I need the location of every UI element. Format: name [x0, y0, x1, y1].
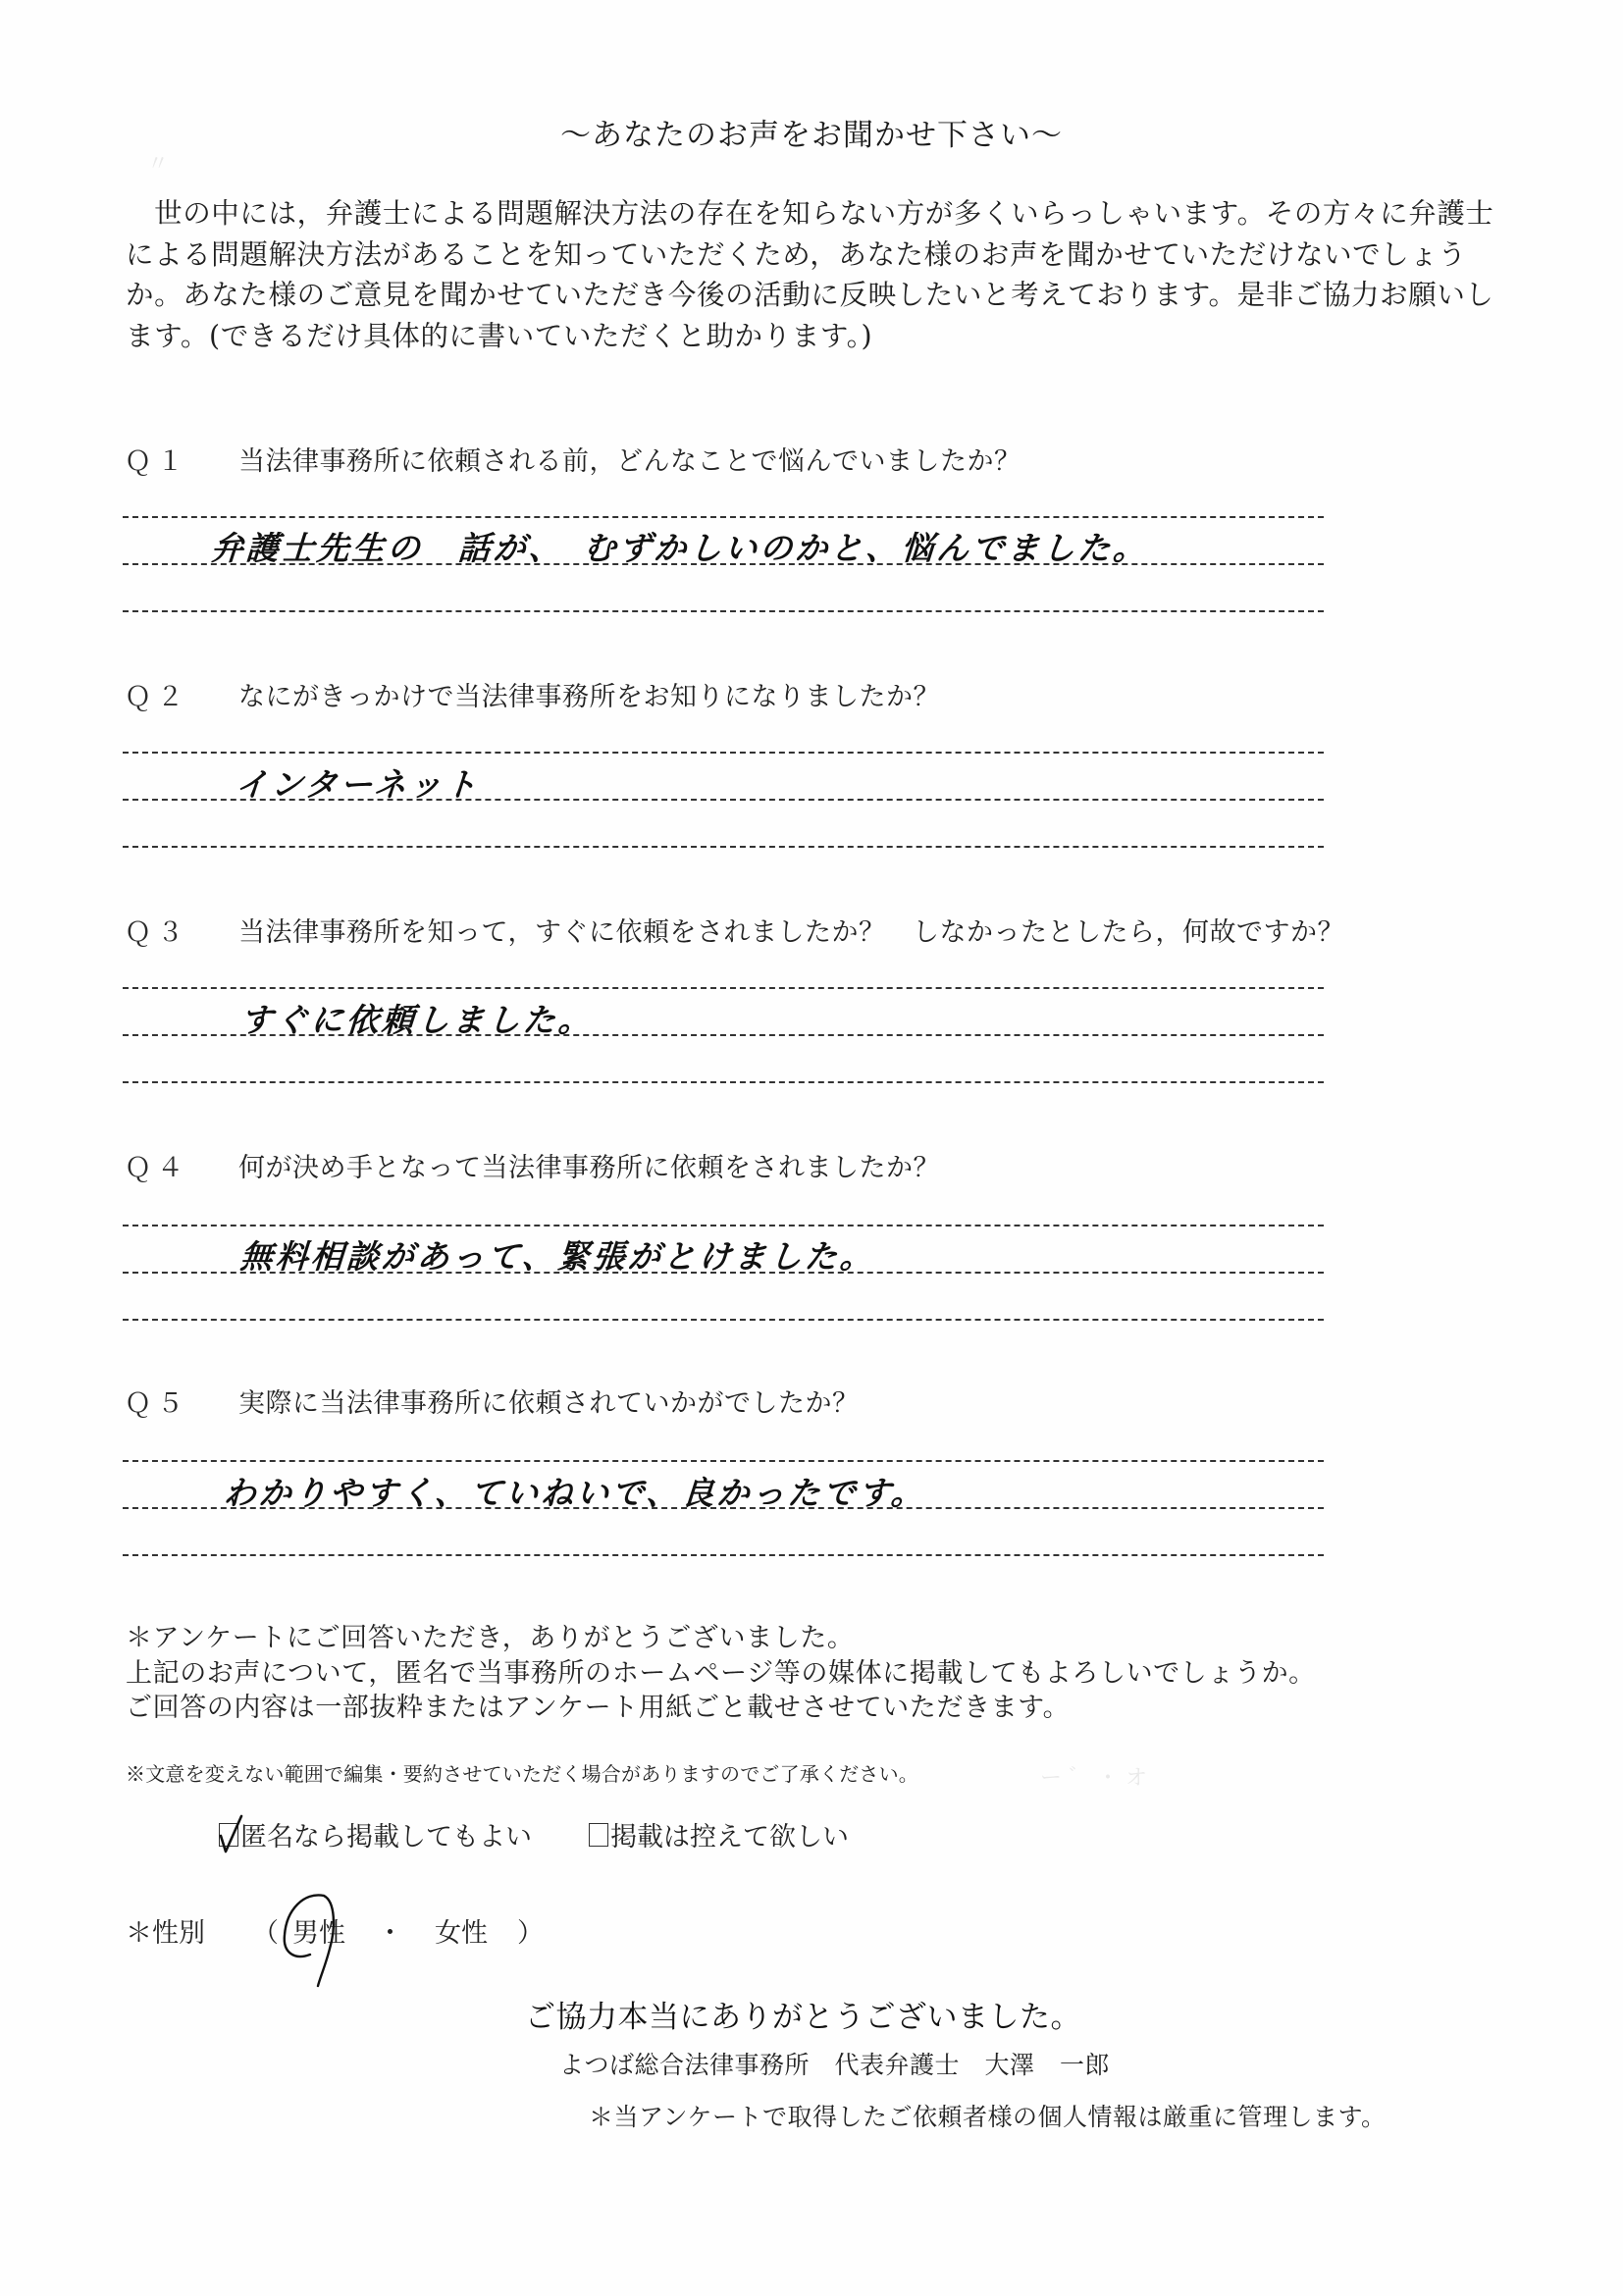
survey-page: 〃 ー ゛ ・ オ ～あなたのお声をお聞かせ下さい～ 世の中には，弁護士による問…: [0, 0, 1623, 2296]
privacy-notice: ＊当アンケートで取得したご依頼者様の個人情報は厳重に管理します。: [589, 2098, 1387, 2133]
edit-notice: ※文意を変えない範囲で編集・要約させていただく場合がありますのでご了承ください。: [126, 1758, 918, 1787]
question-text: なにがきっかけで当法律事務所をお知りになりましたか？: [238, 675, 940, 713]
intro-line: ます。(できるだけ具体的に書いていただくと助かります。): [126, 316, 1499, 357]
handwritten-answer[interactable]: 無料相談があって、緊張がとけました。: [238, 1231, 876, 1278]
answer-rule: [123, 1081, 1324, 1083]
answer-rule: [123, 610, 1324, 612]
question-text: 何が決め手となって当法律事務所に依頼をされましたか？: [238, 1146, 940, 1184]
question-label: Ｑ１: [125, 440, 189, 478]
gender-female-label: 女性: [435, 1918, 488, 1949]
answer-rule: [123, 752, 1324, 754]
answer-rule: [123, 1460, 1324, 1462]
checkmark-icon: [218, 1814, 243, 1853]
gender-option-male[interactable]: 男性: [292, 1911, 345, 1950]
publish-scope-note: ご回答の内容は一部抜粋またはアンケート用紙ごと載せさせていただきます。: [126, 1686, 1070, 1724]
answer-rule: [123, 846, 1324, 848]
question-label: Ｑ５: [125, 1382, 189, 1420]
intro-line: か。あなた様のご意見を聞かせていただき今後の活動に反映したいと考えております。是…: [126, 275, 1499, 316]
gender-male-label: 男性: [292, 1918, 345, 1949]
publish-question: 上記のお声について，匿名で当事務所のホームページ等の媒体に掲載してもよろしいでし…: [126, 1651, 1316, 1690]
answer-rule: [123, 563, 1324, 565]
scan-bleed-mark: ー ゛ ・ オ: [1040, 1761, 1147, 1792]
checkbox-unchecked[interactable]: [589, 1823, 608, 1847]
answer-rule: [123, 1272, 1324, 1274]
question-text: 実際に当法律事務所に依頼されていかがでしたか？: [238, 1382, 860, 1420]
question-text: 当法律事務所を知って，すぐに依頼をされましたか？ しなかったとしたら，何故ですか…: [238, 911, 1344, 949]
answer-rule: [123, 1554, 1324, 1556]
consent-option-decline[interactable]: 掲載は控えて欲しい: [589, 1815, 849, 1853]
gender-label: ＊性別: [126, 1911, 205, 1950]
question-text: 当法律事務所に依頼される前，どんなことで悩んでいましたか？: [238, 440, 1021, 478]
answer-rule: [123, 1319, 1324, 1321]
intro-line: 世の中には，弁護士による問題解決方法の存在を知らない方が多くいらっしゃいます。そ…: [126, 193, 1499, 235]
checkbox-checked[interactable]: [219, 1823, 238, 1847]
closing-thanks: ご協力本当にありがとうございました。: [525, 1992, 1081, 2036]
firm-signature: よつば総合法律事務所 代表弁護士 大澤 一郎: [559, 2046, 1110, 2081]
close-paren: ）: [517, 1911, 544, 1950]
answer-rule: [123, 987, 1324, 989]
answer-rule: [123, 516, 1324, 518]
question-label: Ｑ３: [125, 911, 189, 949]
consent-options: 匿名なら掲載してもよい 掲載は控えて欲しい: [219, 1815, 849, 1853]
intro-paragraph: 世の中には，弁護士による問題解決方法の存在を知らない方が多くいらっしゃいます。そ…: [126, 193, 1499, 356]
page-title: ～あなたのお声をお聞かせ下さい～: [0, 110, 1623, 154]
consent-label: 匿名なら掲載してもよい: [240, 1815, 532, 1853]
open-paren: （: [252, 1911, 279, 1950]
question-label: Ｑ２: [125, 675, 189, 713]
thank-you-note: ＊アンケートにご回答いただき，ありがとうございました。: [126, 1616, 855, 1654]
intro-line: による問題解決方法があることを知っていただくため，あなた様のお声を聞かせていただ…: [126, 235, 1499, 276]
consent-option-anonymous-ok[interactable]: 匿名なら掲載してもよい: [219, 1815, 532, 1853]
answer-rule: [123, 1034, 1324, 1036]
gender-separator: ・: [377, 1911, 403, 1950]
question-label: Ｑ４: [125, 1146, 189, 1184]
answer-rule: [123, 1225, 1324, 1226]
handwritten-answer[interactable]: 弁護士先生の 話が、 むずかしいのかと、悩んでました。: [209, 523, 1150, 569]
answer-rule: [123, 799, 1324, 801]
gender-option-female[interactable]: 女性: [435, 1911, 488, 1950]
answer-rule: [123, 1507, 1324, 1509]
consent-label: 掲載は控えて欲しい: [610, 1815, 849, 1853]
gender-selection: ＊性別 （ 男性 ・ 女性 ）: [126, 1911, 565, 1950]
